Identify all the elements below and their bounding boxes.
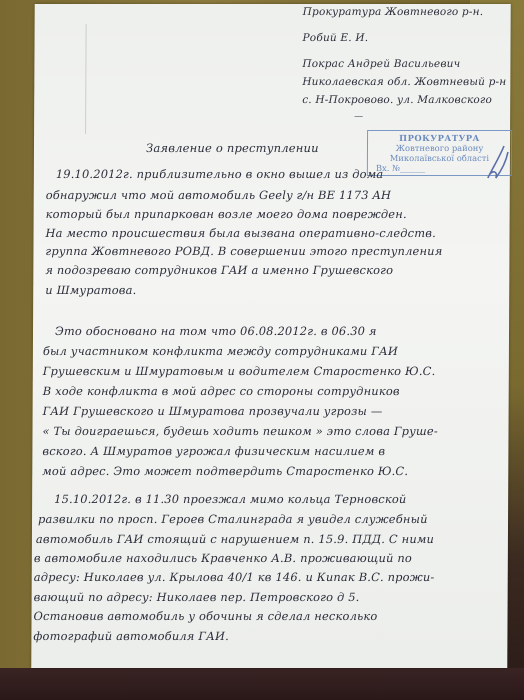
stamp-title: ПРОКУРАТУРА bbox=[368, 133, 511, 143]
body-line: На место происшествия была вызвана опера… bbox=[46, 226, 436, 240]
body-line: адресу: Николаев ул. Крылова 40/1 кв 146… bbox=[34, 570, 435, 584]
body-line: Остановив автомобиль у обочины я сделал … bbox=[33, 609, 377, 623]
body-line: вающий по адресу: Николаев пер. Петровск… bbox=[34, 590, 360, 604]
body-line: автомобиль ГАИ стоящий с нарушением п. 1… bbox=[36, 532, 434, 546]
body-line: ГАИ Грушевского и Шмуратова прозвучали у… bbox=[43, 404, 383, 418]
addressee: Прокуратура Жовтневого р-н. bbox=[303, 6, 484, 18]
body-line: 19.10.2012г. приблизительно в окно вышел… bbox=[56, 167, 384, 181]
sender-name: Покрас Андрей Васильевич bbox=[302, 58, 460, 70]
document-page: Прокуратура Жовтневого р-н. Робий Е. И. … bbox=[31, 4, 510, 668]
body-line: в автомобиле находились Кравченко А.В. п… bbox=[34, 551, 412, 565]
body-line: 15.10.2012г. в 11.30 проезжал мимо кольц… bbox=[54, 492, 406, 506]
body-line: обнаружил что мой автомобиль Geely г/н B… bbox=[46, 188, 391, 202]
document-title: Заявление о преступлении bbox=[146, 141, 319, 155]
body-line: В ходе конфликта в мой адрес со стороны … bbox=[43, 384, 400, 398]
body-line: и Шмуратова. bbox=[45, 283, 136, 297]
body-line: мой адрес. Это может подтвердить Старост… bbox=[42, 464, 408, 478]
body-line: группа Жовтневого РОВД. В совершении это… bbox=[45, 244, 442, 258]
sender-address-1: Николаевская обл. Жовтневый р-н bbox=[302, 76, 506, 88]
body-line: который был припаркован возле моего дома… bbox=[46, 207, 407, 221]
body-line: Это обосновано на том что 06.08.2012г. в… bbox=[55, 324, 377, 338]
sender-address-3: — bbox=[354, 112, 363, 122]
addressee-name: Робий Е. И. bbox=[303, 32, 369, 44]
background-bottom bbox=[0, 668, 524, 700]
body-line: я подозреваю сотрудников ГАИ а именно Гр… bbox=[45, 263, 393, 277]
body-line: Грушевским и Шмуратовым и водителем Стар… bbox=[43, 364, 436, 378]
signature-icon bbox=[484, 144, 510, 182]
sender-address-2: с. Н-Покровово. ул. Малковского bbox=[302, 94, 492, 106]
body-line: « Ты доиграешься, будешь ходить пешком »… bbox=[42, 424, 437, 438]
margin-line bbox=[85, 24, 87, 134]
body-line: развилки по просп. Героев Сталинграда я … bbox=[38, 512, 428, 526]
body-line: фотографий автомобиля ГАИ. bbox=[33, 629, 229, 643]
body-line: был участником конфликта между сотрудник… bbox=[43, 344, 398, 358]
body-line: вского. А Шмуратов угрожал физическим на… bbox=[42, 444, 385, 458]
